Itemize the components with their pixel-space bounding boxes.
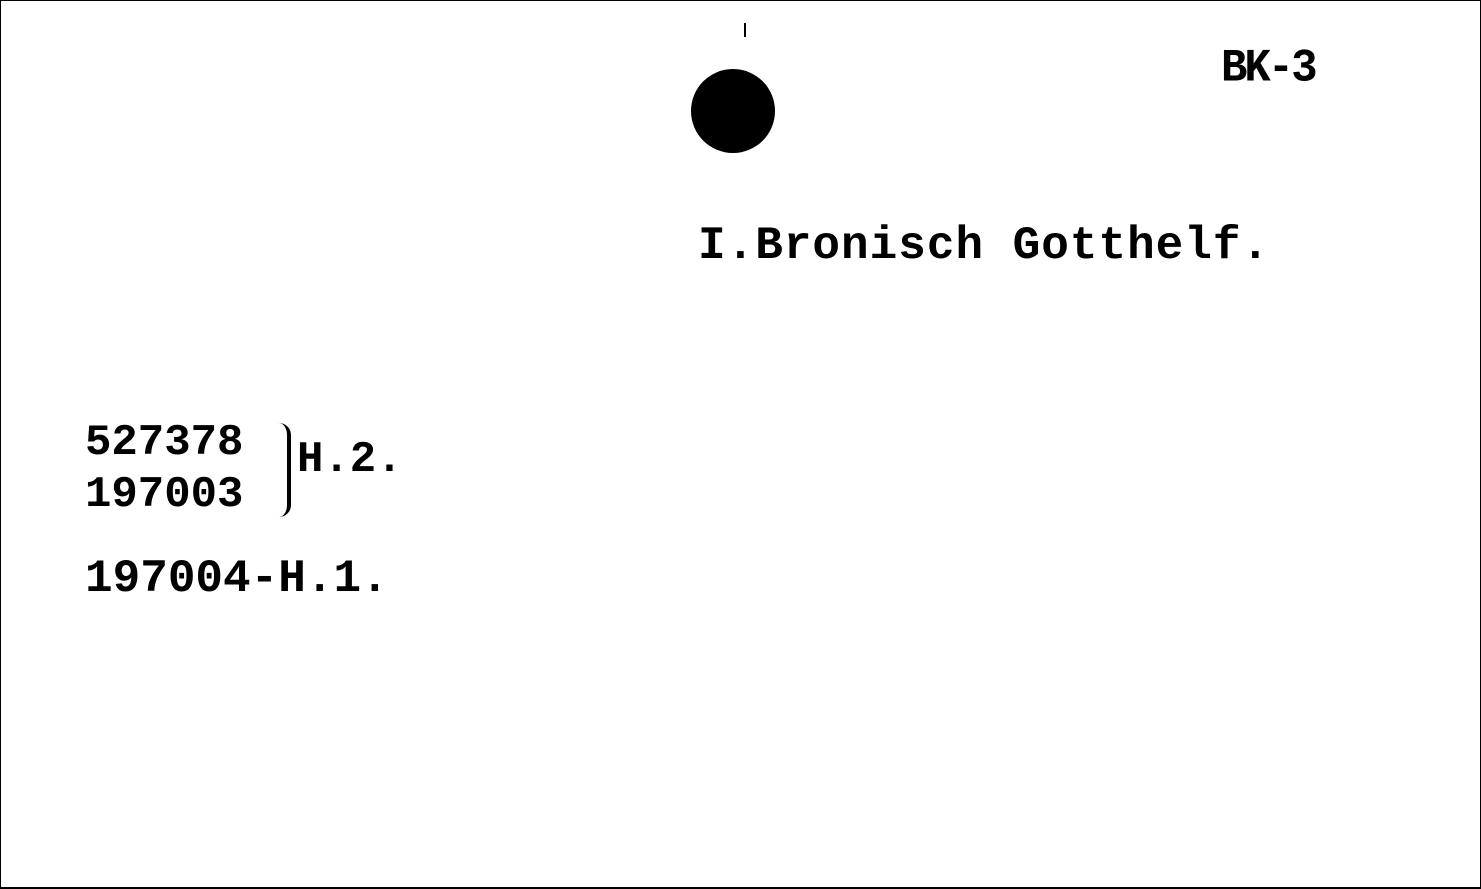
person-name: I.Bronisch Gotthelf. bbox=[698, 223, 1270, 269]
index-card: BK-3 I.Bronisch Gotthelf. 527378 197003 … bbox=[0, 0, 1481, 889]
record-number-1: 527378 bbox=[85, 421, 243, 465]
card-code: BK-3 bbox=[1221, 46, 1315, 92]
group-label: H.2. bbox=[297, 438, 403, 482]
brace-icon bbox=[269, 423, 291, 517]
record-number-2: 197003 bbox=[85, 473, 243, 517]
punch-hole-icon bbox=[691, 69, 775, 153]
record-line-3: 197004-H.1. bbox=[85, 556, 389, 602]
speck-mark bbox=[744, 23, 746, 37]
